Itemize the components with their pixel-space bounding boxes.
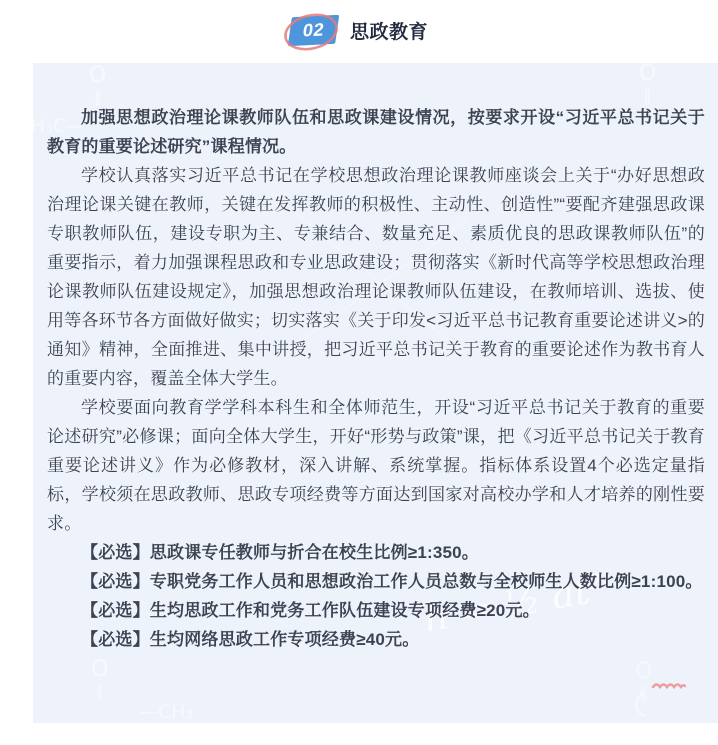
molecule-doodle-bottom-left: O ‖ <box>91 659 108 699</box>
pink-squiggle-decoration <box>651 680 687 690</box>
section-title: 思政教育 <box>350 17 428 44</box>
intro-paragraph: 加强思想政治理论课教师队伍和思政课建设情况，按要求开设“习近平总书记关于教育的重… <box>47 103 705 161</box>
body-paragraph: 学校要面向教育学学科本科生和全体师范生，开设“习近平总书记关于教育的重要论述研究… <box>47 393 705 538</box>
double-bond-glyph: ‖ <box>96 684 104 699</box>
required-item: 【必选】生均思政工作和党务工作队伍建设专项经费≥20元。 <box>47 596 705 625</box>
molecule-doodle-top-right: O ‖ <box>639 63 656 103</box>
atom-o-label: O <box>91 659 108 681</box>
atom-o-label: O <box>639 63 656 85</box>
section-number-badge: 02 <box>290 16 337 45</box>
double-bond-glyph: ‖ <box>644 88 652 103</box>
curl-doodles <box>631 691 718 721</box>
section-header: 02 思政教育 <box>0 16 718 45</box>
required-item: 【必选】专职党务工作人员和思想政治工作人员总数与全校师生人数比例≥1:100。 <box>47 567 705 596</box>
body-paragraph: 学校认真落实习近平总书记在学校思想政治理论课教师座谈会上关于“办好思想政治理论课… <box>47 161 705 393</box>
double-bond-glyph: ‖ <box>640 686 648 701</box>
atom-o-label: O <box>635 661 652 683</box>
hand-drawn-circle-icon <box>280 10 346 56</box>
content-panel: O ‖ O ‖ H₃C— h = ½ at² O ‖ O ‖ —CH₃ 加强思想… <box>33 63 718 723</box>
atom-o-label: O <box>89 65 106 87</box>
required-item: 【必选】生均网络思政工作专项经费≥40元。 <box>47 625 705 654</box>
required-item: 【必选】思政课专任教师与折合在校生比例≥1:350。 <box>47 538 705 567</box>
ch3-doodle: —CH₃ <box>139 701 193 723</box>
molecule-doodle-bottom-right: O ‖ <box>635 661 652 701</box>
molecule-doodle-top-left: O ‖ <box>89 65 106 105</box>
